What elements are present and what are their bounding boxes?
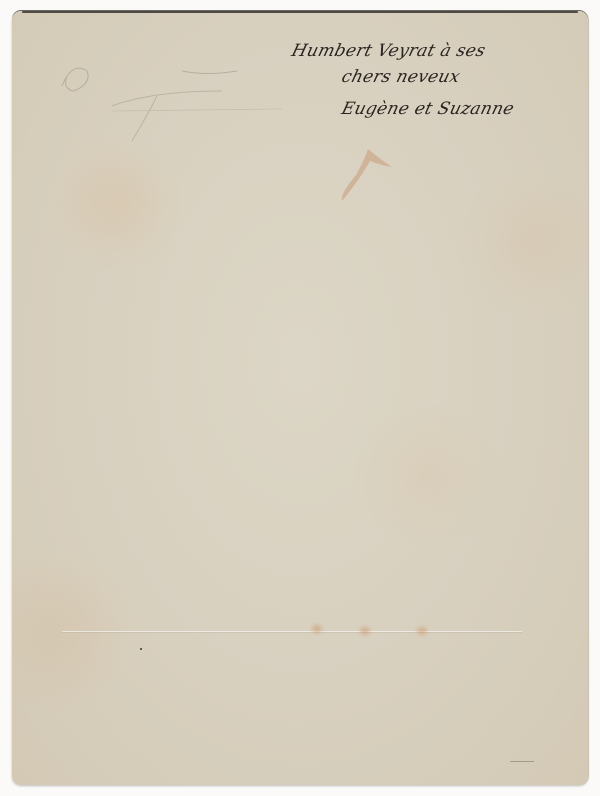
foxing-spot — [312, 625, 322, 633]
pencil-scribble — [32, 41, 302, 151]
foxing-spot — [360, 627, 370, 635]
inscription-line-1: Humbert Veyrat à ses — [290, 41, 488, 61]
embossed-frame-line — [62, 631, 522, 632]
speck — [140, 648, 142, 650]
card-top-edge — [22, 11, 578, 13]
inscription-line-3: Eugène et Suzanne — [340, 99, 517, 119]
ink-stain — [320, 139, 400, 209]
inscription-line-2: chers neveux — [340, 67, 463, 87]
faint-mark — [510, 761, 534, 762]
foxing-spot — [417, 627, 427, 635]
card-back: Humbert Veyrat à ses chers neveux Eugène… — [12, 11, 588, 785]
